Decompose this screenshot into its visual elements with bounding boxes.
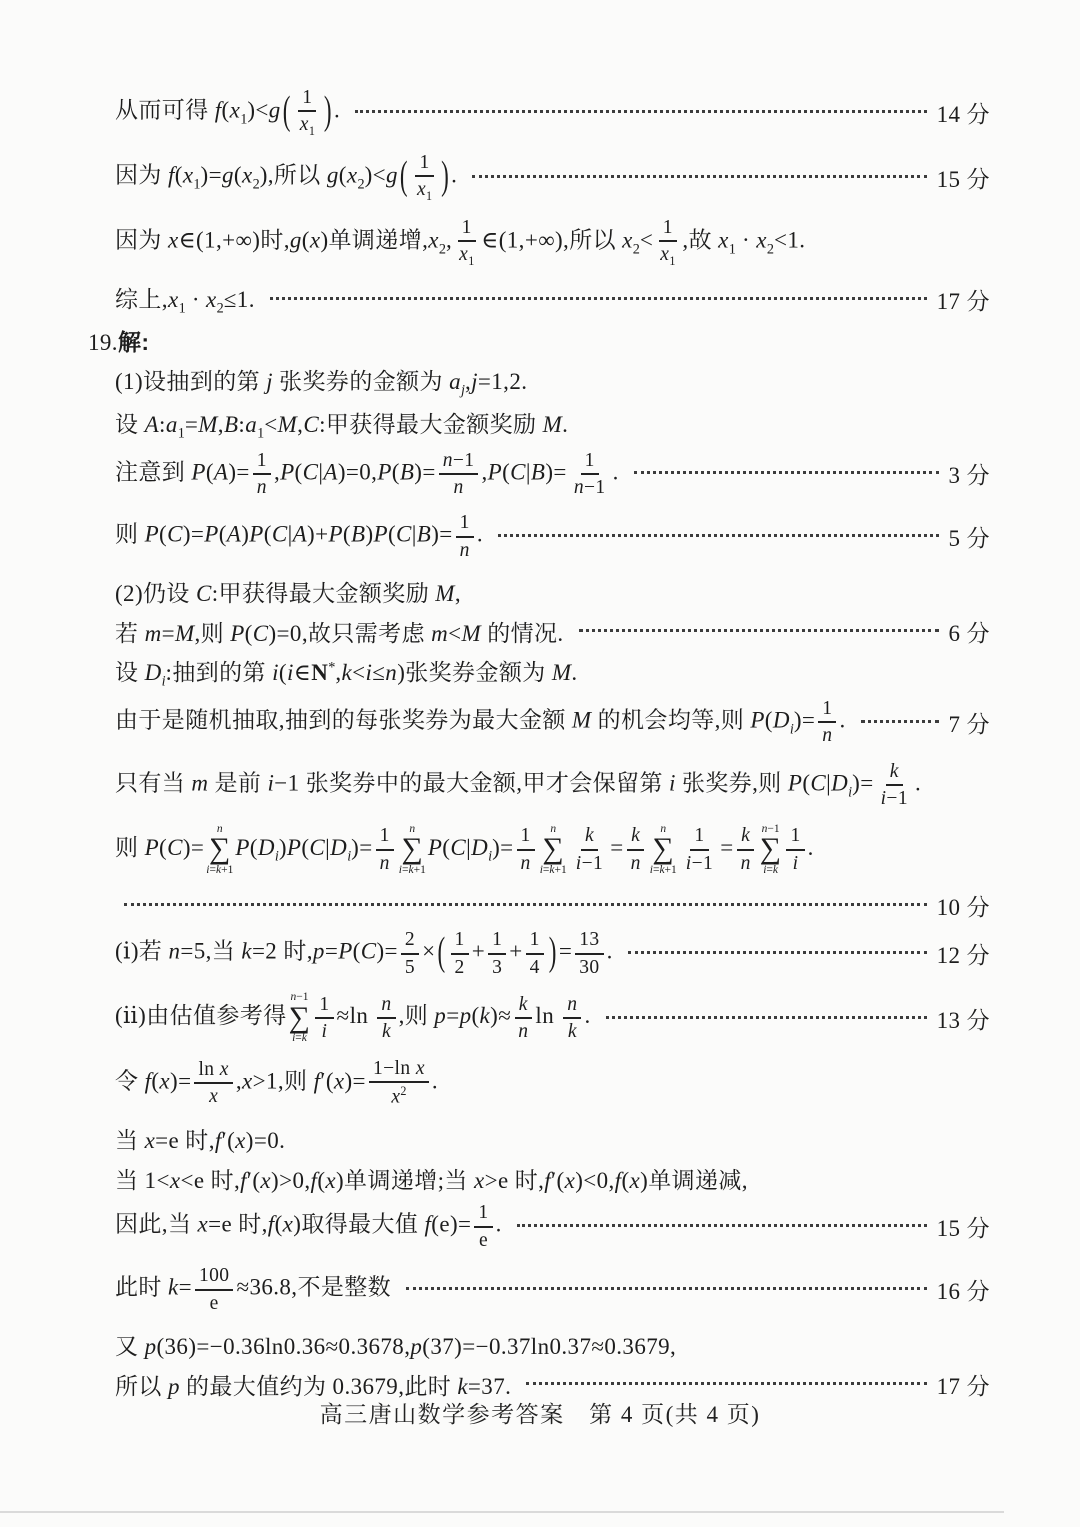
answer-line: (2)仍设 C:甲获得最大金额奖励 M, <box>115 574 990 608</box>
answer-line: 综上,x1 · x2≤1. 17 分 <box>115 281 990 318</box>
fraction: 1n <box>253 449 271 500</box>
dotted-leader <box>634 471 939 474</box>
score-label: 13 分 <box>937 1002 990 1035</box>
answer-line: 则 P(C)=n∑i=k+1P(Di)P(C|Di)=1nn∑i=k+1P(C|… <box>115 823 990 877</box>
fraction: nk <box>563 993 581 1044</box>
big-paren: ( <box>283 88 291 134</box>
answer-line: 从而可得 f(x1)<g(1x1). 14 分 <box>115 86 990 139</box>
line-content: 从而可得 f(x1)<g(1x1). <box>115 86 346 139</box>
dotted-leader <box>861 720 939 723</box>
answer-line: 则 P(C)=P(A)P(C|A)+P(B)P(C|B)=1n. 5 分 <box>115 511 990 562</box>
score-label: 15 分 <box>937 161 990 194</box>
bold-label: 解: <box>118 329 149 355</box>
fraction: 1x1 <box>455 216 478 269</box>
line-content: 若 m=M,则 P(C)=0,故只需考虑 m<M 的情况. <box>115 615 570 648</box>
line-content: 综上,x1 · x2≤1. <box>115 281 261 318</box>
fraction: ln xx <box>194 1058 232 1109</box>
fraction: kn <box>514 993 532 1044</box>
line-content: 因此,当 x=e 时,f(x)取得最大值 f(e)=1e. <box>115 1201 508 1252</box>
fraction: 1x1 <box>413 151 436 204</box>
answer-line: 注意到 P(A)=1n,P(C|A)=0,P(B)=n−1n,P(C|B)=1n… <box>115 449 990 500</box>
line-content: 又 p(36)=−0.36ln0.36≈0.3678,p(37)=−0.37ln… <box>115 1328 676 1361</box>
dotted-leader <box>124 903 927 906</box>
fraction: 1n <box>376 824 394 875</box>
fraction: 1n <box>818 697 836 748</box>
dotted-leader <box>498 534 938 537</box>
answer-sheet-page: 从而可得 f(x1)<g(1x1). 14 分因为 f(x1)=g(x2),所以… <box>0 0 1080 1527</box>
score-label: 15 分 <box>937 1210 990 1243</box>
line-content: 只有当 m 是前 i−1 张奖券中的最大金额,甲才会保留第 i 张奖券,则 P(… <box>115 760 921 811</box>
document-page: { "doc": { "footer": "高三唐山数学参考答案 第 4 页(共… <box>0 0 1080 1527</box>
fraction: 12 <box>451 928 469 979</box>
big-paren: ( <box>400 153 408 199</box>
scan-edge-shadow <box>0 1511 1004 1513</box>
fraction: 1x1 <box>656 216 679 269</box>
fraction: 1n <box>517 824 535 875</box>
fraction: 1e <box>474 1201 492 1252</box>
summation: n∑i=k+1 <box>399 823 426 877</box>
fraction: 1−ln xx2 <box>369 1057 429 1109</box>
fraction: 14 <box>526 928 544 979</box>
line-content: 设 Di:抽到的第 i(i∈N*,k<i≤n)张奖券金额为 M. <box>115 654 578 691</box>
fraction: nk <box>377 993 395 1044</box>
answer-line: 由于是随机抽取,抽到的每张奖券为最大金额 M 的机会均等,则 P(Di)=1n.… <box>115 697 990 748</box>
summation: n−1∑i=k <box>289 991 311 1045</box>
score-label: 7 分 <box>949 706 990 739</box>
fraction: 1n <box>456 511 474 562</box>
line-content: 当 1<x<e 时,f′(x)>0,f(x)单调递增;当 x>e 时,f′(x)… <box>115 1162 748 1195</box>
fraction: 1i−1 <box>682 824 717 875</box>
score-label: 16 分 <box>937 1273 990 1306</box>
answer-line: (1)设抽到的第 j 张奖券的金额为 aj,j=1,2. <box>115 363 990 400</box>
answer-line: 19.解: <box>88 323 990 357</box>
line-content: 设 A:a1=M,B:a1<M,C:甲获得最大金额奖励 M. <box>115 406 568 443</box>
fraction: n−1n <box>439 449 479 500</box>
summation: n−1∑i=k <box>760 823 782 877</box>
answer-line: (ⅱ)由估值参考得n−1∑i=k1i≈ln nk,则 p=p(k)≈knln n… <box>115 991 990 1045</box>
dotted-leader <box>406 1287 926 1290</box>
answer-lines: 从而可得 f(x1)<g(1x1). 14 分因为 f(x1)=g(x2),所以… <box>115 86 990 1401</box>
answer-line: 又 p(36)=−0.36ln0.36≈0.3678,p(37)=−0.37ln… <box>115 1327 990 1361</box>
summation: n∑i=k+1 <box>206 823 233 877</box>
score-label: 10 分 <box>937 889 990 922</box>
page-footer: 高三唐山数学参考答案 第 4 页(共 4 页) <box>0 1396 1080 1429</box>
big-paren: ) <box>441 153 449 199</box>
line-content: 令 f(x)=ln xx,x>1,则 f′(x)=1−ln xx2. <box>115 1057 438 1109</box>
line-content: 当 x=e 时,f′(x)=0. <box>115 1122 285 1155</box>
fraction: 1330 <box>575 928 603 979</box>
dotted-leader <box>628 951 927 954</box>
answer-line: 因为 x∈(1,+∞)时,g(x)单调递增,x2,1x1∈(1,+∞),所以 x… <box>115 216 990 269</box>
answer-line: 此时 k=100e≈36.8,不是整数 16 分 <box>115 1264 990 1315</box>
answer-line: (ⅰ)若 n=5,当 k=2 时,p=P(C)=25×(12+13+14)=13… <box>115 928 990 979</box>
line-content: (2)仍设 C:甲获得最大金额奖励 M, <box>115 575 461 608</box>
answer-line: 令 f(x)=ln xx,x>1,则 f′(x)=1−ln xx2. <box>115 1057 990 1109</box>
line-content: 则 P(C)=P(A)P(C|A)+P(B)P(C|B)=1n. <box>115 511 489 562</box>
fraction: 1n−1 <box>570 449 610 500</box>
line-content: 则 P(C)=n∑i=k+1P(Di)P(C|Di)=1nn∑i=k+1P(C|… <box>115 823 814 877</box>
answer-line: 10 分 <box>115 888 990 922</box>
dotted-leader <box>472 175 926 178</box>
line-content: 19.解: <box>88 324 149 357</box>
fraction: 1i <box>315 993 333 1044</box>
summation: n∑i=k+1 <box>650 823 677 877</box>
score-label: 14 分 <box>937 96 990 129</box>
fraction: ki−1 <box>877 760 912 811</box>
answer-line: 当 1<x<e 时,f′(x)>0,f(x)单调递增;当 x>e 时,f′(x)… <box>115 1161 990 1195</box>
score-label: 3 分 <box>949 457 990 490</box>
dotted-leader <box>526 1382 926 1385</box>
fraction: 25 <box>401 928 419 979</box>
line-content: 因为 x∈(1,+∞)时,g(x)单调递增,x2,1x1∈(1,+∞),所以 x… <box>115 216 805 269</box>
fraction: 100e <box>195 1264 234 1315</box>
line-content: 由于是随机抽取,抽到的每张奖券为最大金额 M 的机会均等,则 P(Di)=1n. <box>115 697 852 748</box>
big-paren: ) <box>549 929 557 975</box>
answer-line: 因此,当 x=e 时,f(x)取得最大值 f(e)=1e. 15 分 <box>115 1201 990 1252</box>
fraction: kn <box>737 824 755 875</box>
dotted-leader <box>270 297 927 300</box>
score-label: 6 分 <box>949 615 990 648</box>
fraction: 1i <box>786 824 804 875</box>
score-label: 17 分 <box>937 283 990 316</box>
fraction: 1x1 <box>296 86 319 139</box>
answer-line: 设 A:a1=M,B:a1<M,C:甲获得最大金额奖励 M. <box>115 406 990 443</box>
summation: n∑i=k+1 <box>540 823 567 877</box>
dotted-leader <box>579 629 939 632</box>
answer-line: 因为 f(x1)=g(x2),所以 g(x2)<g(1x1). 15 分 <box>115 151 990 204</box>
big-paren: ( <box>437 929 445 975</box>
line-content: 注意到 P(A)=1n,P(C|A)=0,P(B)=n−1n,P(C|B)=1n… <box>115 449 625 500</box>
big-paren: ) <box>324 88 332 134</box>
fraction: kn <box>627 824 645 875</box>
fraction: ki−1 <box>572 824 607 875</box>
dotted-leader <box>517 1224 927 1227</box>
line-content: 此时 k=100e≈36.8,不是整数 <box>115 1264 397 1315</box>
line-content: (ⅰ)若 n=5,当 k=2 时,p=P(C)=25×(12+13+14)=13… <box>115 928 619 979</box>
score-label: 12 分 <box>937 937 990 970</box>
score-label: 5 分 <box>949 520 990 553</box>
line-content: (1)设抽到的第 j 张奖券的金额为 aj,j=1,2. <box>115 363 527 400</box>
answer-line: 设 Di:抽到的第 i(i∈N*,k<i≤n)张奖券金额为 M. <box>115 654 990 691</box>
fraction: 13 <box>488 928 506 979</box>
dotted-leader <box>606 1016 927 1019</box>
answer-line: 当 x=e 时,f′(x)=0. <box>115 1121 990 1155</box>
answer-line: 若 m=M,则 P(C)=0,故只需考虑 m<M 的情况. 6 分 <box>115 614 990 648</box>
dotted-leader <box>355 110 926 113</box>
line-content: (ⅱ)由估值参考得n−1∑i=k1i≈ln nk,则 p=p(k)≈knln n… <box>115 991 597 1045</box>
line-content: 因为 f(x1)=g(x2),所以 g(x2)<g(1x1). <box>115 151 463 204</box>
answer-line: 只有当 m 是前 i−1 张奖券中的最大金额,甲才会保留第 i 张奖券,则 P(… <box>115 760 990 811</box>
